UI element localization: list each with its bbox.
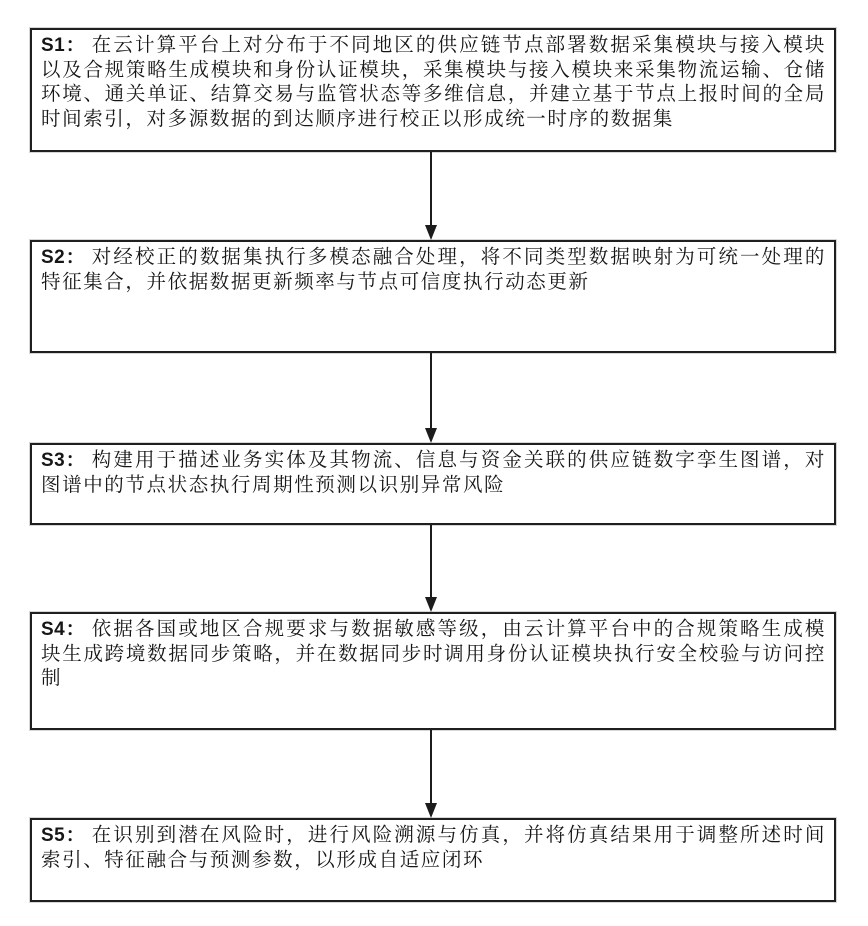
step-label-s2: S2： (41, 247, 92, 268)
arrow-down-icon (425, 225, 437, 240)
arrow-down-icon (425, 597, 437, 612)
step-label-s3: S3： (41, 450, 92, 471)
flow-arrow-s4-s5 (424, 730, 437, 818)
step-box-s3: S3：构建用于描述业务实体及其物流、信息与资金关联的供应链数字孪生图谱，对图谱中… (30, 443, 836, 525)
step-box-s1: S1：在云计算平台上对分布于不同地区的供应链节点部署数据采集模块与接入模块以及合… (30, 28, 836, 152)
step-box-s4: S4：依据各国或地区合规要求与数据敏感等级，由云计算平台中的合规策略生成模块生成… (30, 612, 836, 730)
patent-flowchart-figure: S1：在云计算平台上对分布于不同地区的供应链节点部署数据采集模块与接入模块以及合… (0, 0, 868, 926)
arrow-line (430, 353, 432, 428)
step-label-s4: S4： (41, 619, 92, 640)
flow-arrow-s1-s2 (424, 152, 437, 240)
arrow-line (430, 730, 432, 803)
step-box-s5: S5：在识别到潜在风险时，进行风险溯源与仿真，并将仿真结果用于调整所述时间索引、… (30, 818, 836, 902)
arrow-line (430, 152, 432, 225)
step-text-s5: 在识别到潜在风险时，进行风险溯源与仿真，并将仿真结果用于调整所述时间索引、特征融… (41, 825, 826, 871)
step-text-s4: 依据各国或地区合规要求与数据敏感等级，由云计算平台中的合规策略生成模块生成跨境数… (41, 619, 826, 689)
step-text-s2: 对经校正的数据集执行多模态融合处理，将不同类型数据映射为可统一处理的特征集合，并… (41, 247, 826, 293)
step-label-s5: S5： (41, 825, 92, 846)
flow-arrow-s3-s4 (424, 525, 437, 612)
step-label-s1: S1： (41, 35, 92, 56)
arrow-down-icon (425, 428, 437, 443)
step-box-s2: S2：对经校正的数据集执行多模态融合处理，将不同类型数据映射为可统一处理的特征集… (30, 240, 836, 353)
arrow-down-icon (425, 803, 437, 818)
step-text-s3: 构建用于描述业务实体及其物流、信息与资金关联的供应链数字孪生图谱，对图谱中的节点… (41, 450, 826, 496)
arrow-line (430, 525, 432, 597)
flow-arrow-s2-s3 (424, 353, 437, 443)
step-text-s1: 在云计算平台上对分布于不同地区的供应链节点部署数据采集模块与接入模块以及合规策略… (41, 35, 826, 130)
